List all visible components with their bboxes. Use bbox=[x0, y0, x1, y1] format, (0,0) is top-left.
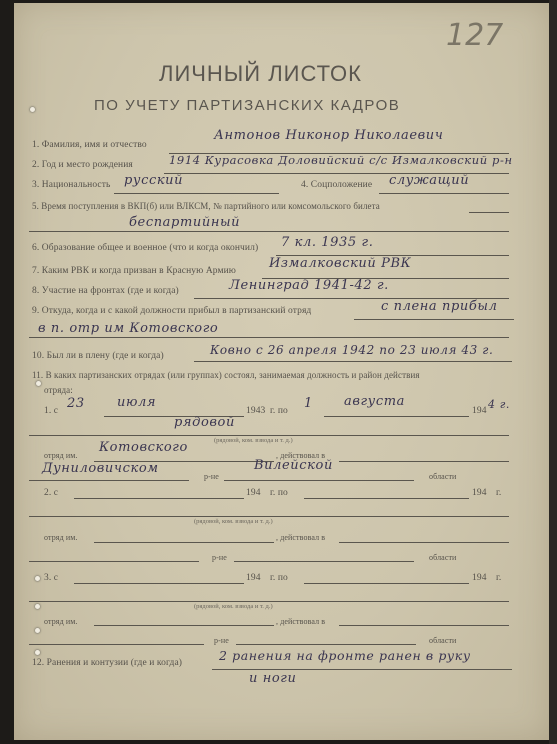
unit-3-position-line bbox=[29, 601, 509, 602]
field-5-value: беспартийный bbox=[129, 215, 240, 230]
unit-3-position-hint: (рядовой, ком. взвода и т. д.) bbox=[194, 603, 273, 610]
field-4-label: 4. Соцположение bbox=[301, 180, 372, 190]
unit-3-from-line bbox=[74, 583, 244, 584]
unit-2-acted-line bbox=[339, 542, 509, 543]
unit-1-region-label: области bbox=[429, 472, 456, 481]
field-12-line bbox=[212, 669, 512, 670]
field-4-value: служащий bbox=[389, 173, 469, 188]
unit-2-position-hint: (рядовой, ком. взвода и т. д.) bbox=[194, 518, 273, 525]
field-7-label: 7. Каким РВК и когда призван в Красную А… bbox=[32, 266, 236, 276]
field-4-line bbox=[379, 193, 509, 194]
field-11-label-2: отряда: bbox=[44, 385, 73, 395]
unit-1-district-label: р-не bbox=[204, 472, 219, 481]
field-8-label: 8. Участие на фронтах (где и когда) bbox=[32, 286, 179, 296]
unit-2-to-suffix: г. bbox=[496, 488, 501, 498]
unit-2-region-label: области bbox=[429, 553, 456, 562]
unit-3-district-line bbox=[29, 644, 204, 645]
unit-1-detachment-label: отряд им. bbox=[44, 451, 77, 460]
page-number: 127 bbox=[446, 18, 503, 53]
unit-1-detachment: Котовского bbox=[99, 440, 188, 455]
unit-1-to-year-prefix: 194 bbox=[472, 406, 487, 416]
unit-2-acted-label: , действовал в bbox=[276, 533, 325, 542]
unit-2-district-line bbox=[29, 561, 199, 562]
unit-1-from-day: 23 bbox=[67, 396, 85, 411]
field-2-value: 1914 Курасовка Доловийский с/с Измалковс… bbox=[169, 153, 513, 167]
unit-2-from-line bbox=[74, 498, 244, 499]
unit-1-region-line bbox=[224, 480, 414, 481]
unit-1-num: 1. с bbox=[44, 406, 58, 416]
unit-2-region-line bbox=[234, 561, 414, 562]
field-7-value: Измалковский РВК bbox=[269, 256, 411, 271]
unit-3-detachment-line bbox=[94, 625, 274, 626]
unit-1-to-year: 4 г. bbox=[488, 398, 510, 411]
unit-3-from-suffix: г. по bbox=[270, 573, 288, 583]
field-9-value-line2: в п. отр им Котовского bbox=[38, 321, 218, 336]
unit-3-to-year: 194 bbox=[472, 573, 487, 583]
unit-3-acted-label: , действовал в bbox=[276, 617, 325, 626]
field-3-line bbox=[114, 193, 279, 194]
field-9-value-line1: с плена прибыл bbox=[381, 299, 497, 314]
unit-2-to-year: 194 bbox=[472, 488, 487, 498]
unit-3-district-label: р-не bbox=[214, 636, 229, 645]
unit-3-to-suffix: г. bbox=[496, 573, 501, 583]
field-3-label: 3. Национальность bbox=[32, 180, 110, 190]
unit-1-position: рядовой bbox=[174, 415, 235, 430]
unit-3-region-line bbox=[236, 644, 416, 645]
binder-hole bbox=[35, 650, 40, 655]
unit-2-position-line bbox=[29, 516, 509, 517]
unit-1-position-hint: (рядовой, ком. взвода и т. д.) bbox=[214, 437, 293, 444]
unit-2-detachment-line bbox=[94, 542, 274, 543]
document-subtitle: ПО УЧЕТУ ПАРТИЗАНСКИХ КАДРОВ bbox=[94, 97, 400, 114]
unit-1-from-year: 1943 bbox=[246, 406, 265, 416]
unit-1-to-day: 1 bbox=[304, 396, 313, 411]
field-5-label: 5. Время поступления в ВКП(б) или ВЛКСМ,… bbox=[32, 201, 380, 211]
scan-edge bbox=[549, 0, 557, 744]
unit-1-from-suffix: г. по bbox=[270, 406, 288, 416]
field-10-line bbox=[194, 361, 512, 362]
field-8-value: Ленинград 1941-42 г. bbox=[229, 278, 389, 293]
field-9-line-b bbox=[29, 337, 509, 338]
unit-1-acted-line bbox=[339, 461, 509, 462]
unit-1-to-month: августа bbox=[344, 394, 405, 409]
field-5-line-a bbox=[469, 212, 509, 213]
unit-3-region-label: области bbox=[429, 636, 456, 645]
unit-3-acted-line bbox=[339, 625, 509, 626]
field-1-value: Антонов Никонор Николаевич bbox=[214, 128, 443, 143]
field-6-label: 6. Образование общее и военное (что и ко… bbox=[32, 243, 258, 253]
field-12-label: 12. Ранения и контузии (где и когда) bbox=[32, 658, 182, 668]
unit-1-to-line bbox=[324, 416, 469, 417]
field-12-value-line1: 2 ранения на фронте ранен в руку bbox=[219, 648, 471, 663]
unit-2-detachment-label: отряд им. bbox=[44, 533, 77, 542]
binder-hole bbox=[36, 381, 41, 386]
unit-1-region: Вилейской bbox=[254, 458, 333, 473]
unit-3-to-line bbox=[304, 583, 469, 584]
field-1-label: 1. Фамилия, имя и отчество bbox=[32, 140, 147, 150]
binder-hole bbox=[35, 604, 40, 609]
unit-1-district: Дуниловичском bbox=[42, 461, 159, 476]
document-page: 127 ЛИЧНЫЙ ЛИСТОК ПО УЧЕТУ ПАРТИЗАНСКИХ … bbox=[14, 3, 550, 740]
binder-hole bbox=[35, 576, 40, 581]
unit-3-num: 3. с bbox=[44, 573, 58, 583]
unit-3-detachment-label: отряд им. bbox=[44, 617, 77, 626]
unit-2-from-year: 194 bbox=[246, 488, 261, 498]
unit-2-district-label: р-не bbox=[212, 553, 227, 562]
unit-1-from-month: июля bbox=[117, 395, 156, 410]
binder-hole bbox=[35, 628, 40, 633]
field-9-line-a bbox=[354, 319, 514, 320]
binder-hole bbox=[30, 107, 35, 112]
field-10-label: 10. Был ли в плену (где и когда) bbox=[32, 351, 164, 361]
field-9-label: 9. Откуда, когда и с какой должности при… bbox=[32, 306, 311, 316]
unit-2-from-suffix: г. по bbox=[270, 488, 288, 498]
field-11-label: 11. В каких партизанских отрядах (или гр… bbox=[32, 370, 420, 380]
unit-1-position-line bbox=[29, 435, 509, 436]
field-5-line-b bbox=[29, 231, 509, 232]
document-title: ЛИЧНЫЙ ЛИСТОК bbox=[159, 61, 362, 87]
unit-2-to-line bbox=[304, 498, 469, 499]
field-12-value-line2: и ноги bbox=[249, 671, 296, 686]
field-10-value: Ковно с 26 апреля 1942 по 23 июля 43 г. bbox=[210, 343, 493, 357]
unit-2-num: 2. с bbox=[44, 488, 58, 498]
field-2-label: 2. Год и место рождения bbox=[32, 160, 133, 170]
field-6-value: 7 кл. 1935 г. bbox=[281, 235, 373, 250]
field-3-value: русский bbox=[124, 173, 183, 188]
unit-1-district-line bbox=[29, 480, 189, 481]
unit-3-from-year: 194 bbox=[246, 573, 261, 583]
